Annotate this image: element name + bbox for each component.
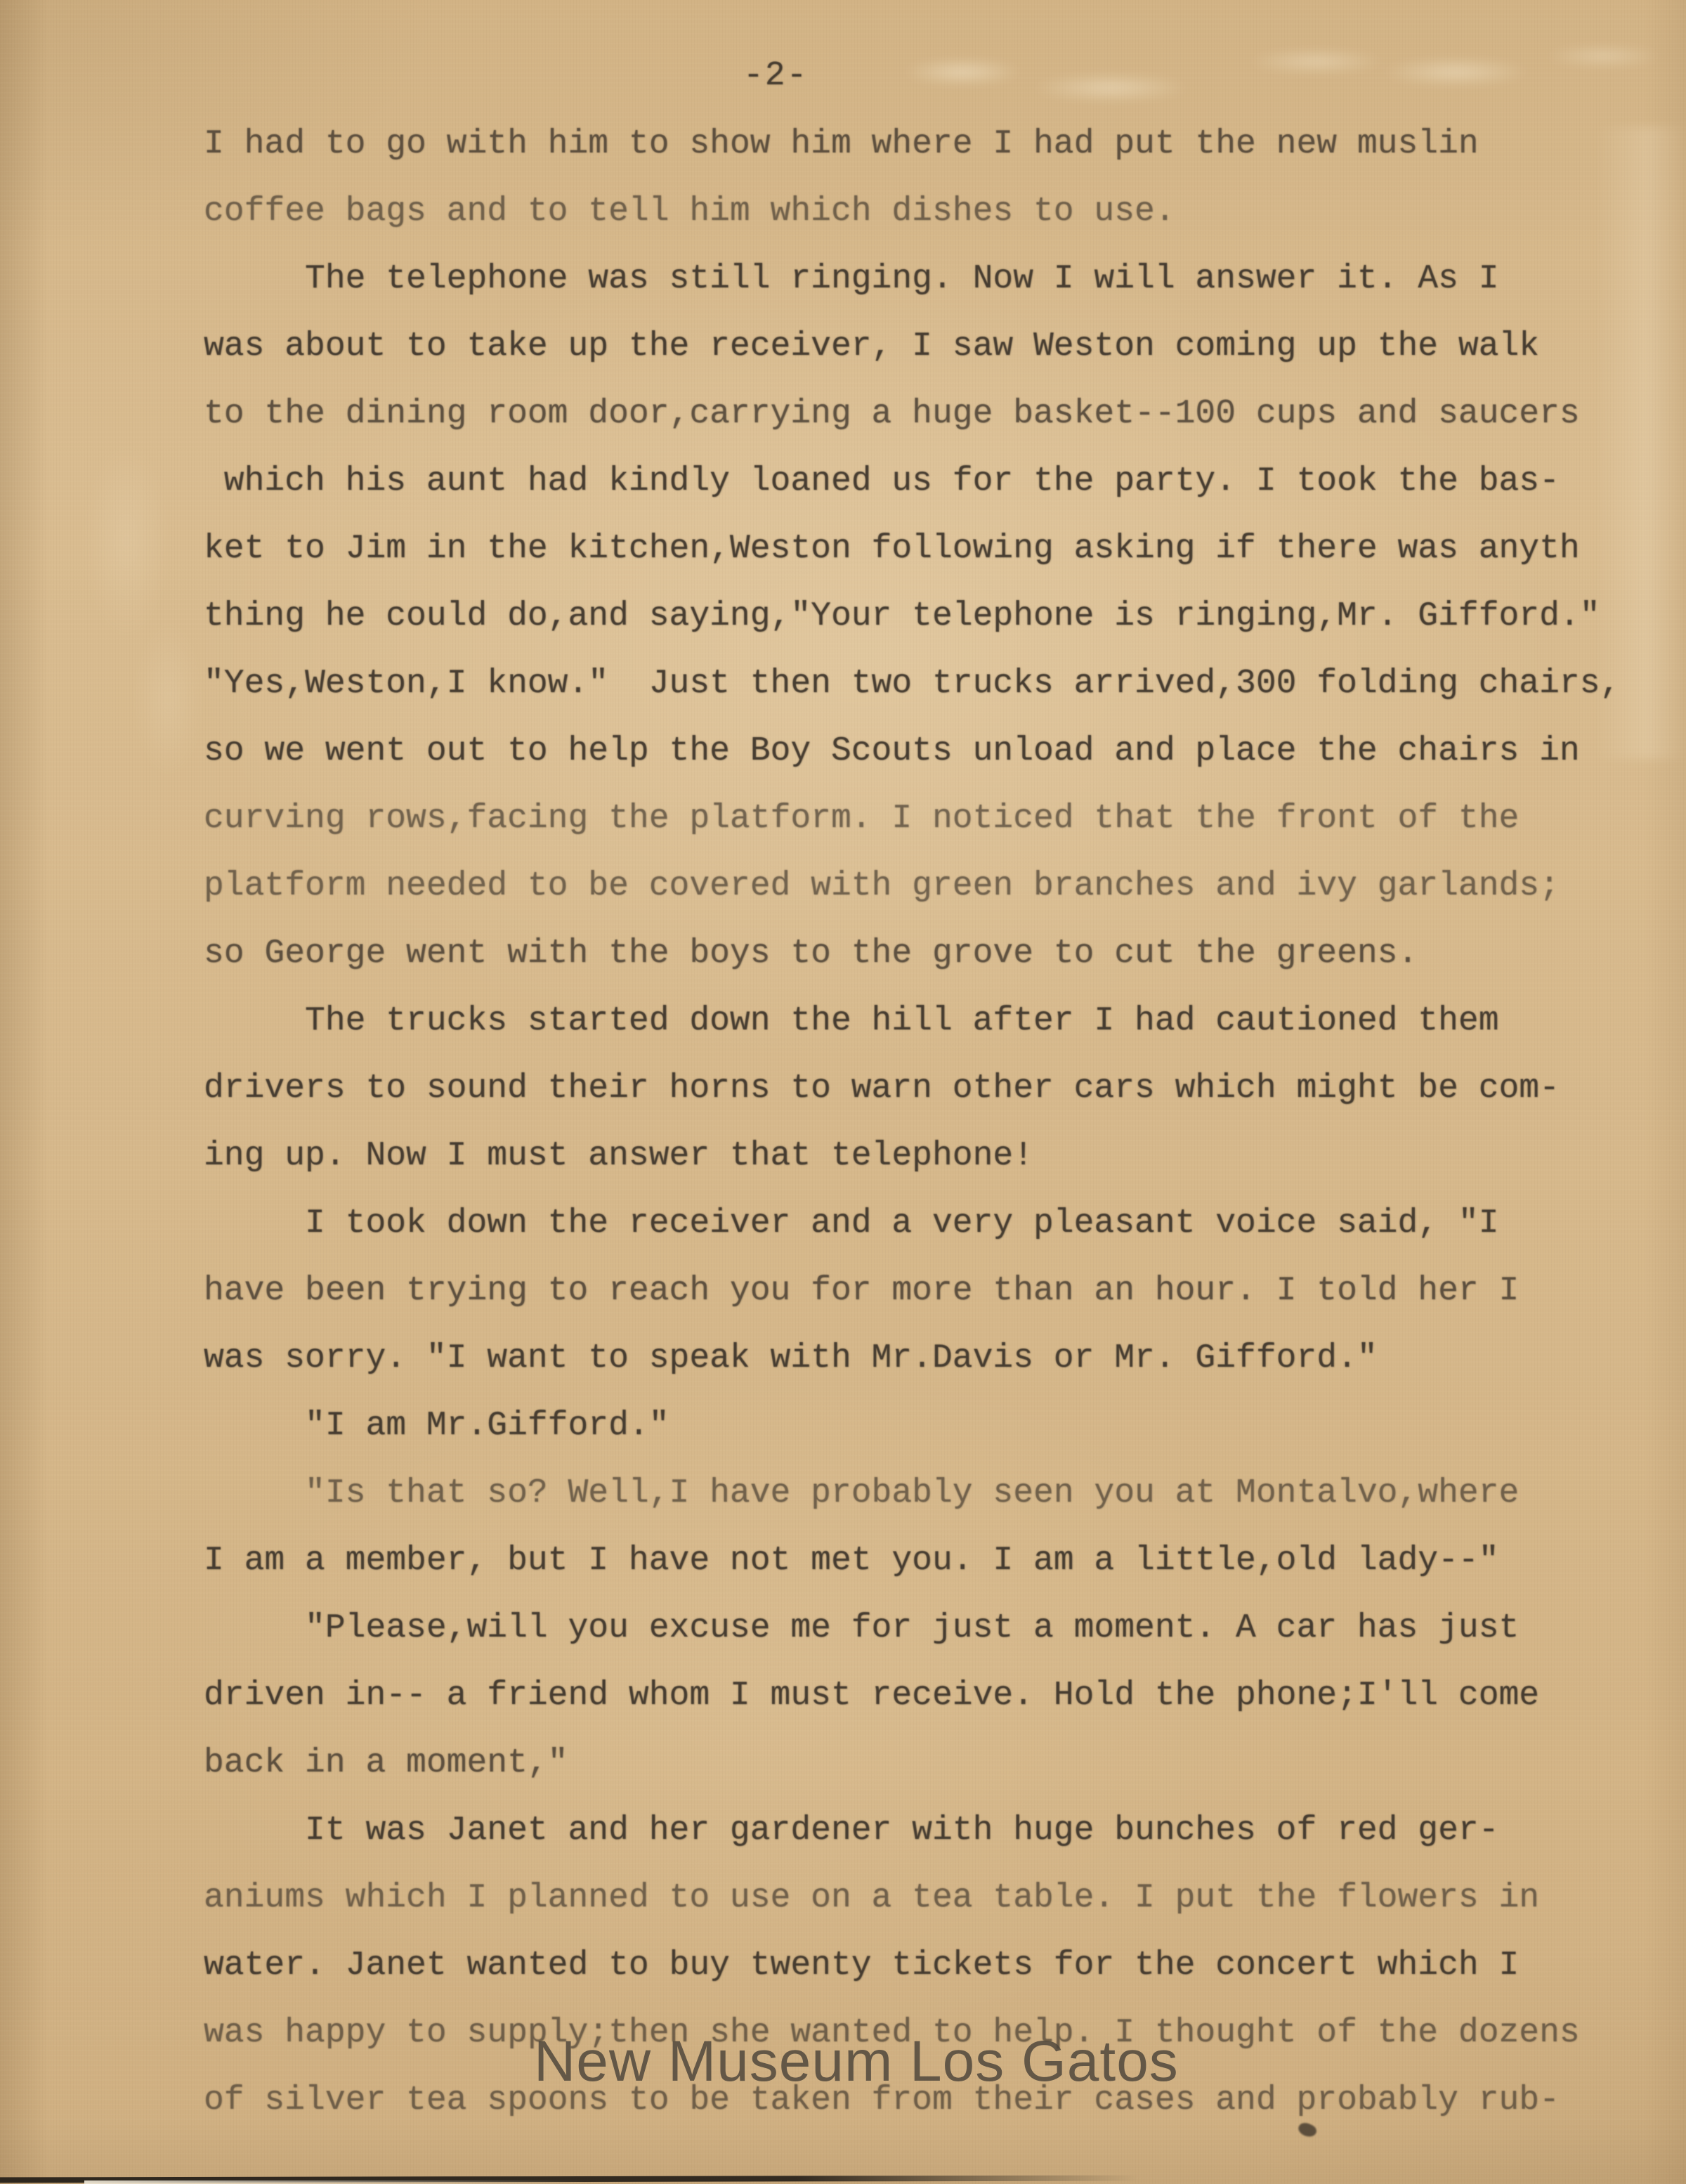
typewritten-line: have been trying to reach you for more t…	[204, 1257, 1686, 1325]
typewritten-line: ket to Jim in the kitchen,Weston followi…	[204, 515, 1686, 583]
page-number: -2-	[743, 55, 808, 97]
typewritten-line: driven in-- a friend whom I must receive…	[204, 1662, 1686, 1729]
typewritten-line: The telephone was still ringing. Now I w…	[204, 245, 1686, 313]
typewritten-line: "I am Mr.Gifford."	[204, 1392, 1686, 1460]
typewritten-line: which his aunt had kindly loaned us for …	[204, 448, 1686, 515]
typewritten-line: to the dining room door,carrying a huge …	[204, 380, 1686, 448]
museum-watermark: New Museum Los Gatos	[534, 2027, 1179, 2097]
typewritten-line: platform needed to be covered with green…	[204, 852, 1686, 920]
typewritten-line: "Yes,Weston,I know." Just then two truck…	[204, 650, 1686, 717]
typewritten-line: coffee bags and to tell him which dishes…	[204, 178, 1686, 245]
typewritten-text: I had to go with him to show him where I…	[204, 110, 1686, 2134]
typewritten-line: It was Janet and her gardener with huge …	[204, 1797, 1686, 1864]
typewritten-line: I had to go with him to show him where I…	[204, 110, 1686, 178]
typewritten-line: "Is that so? Well,I have probably seen y…	[204, 1460, 1686, 1527]
typewritten-line: The trucks started down the hill after I…	[204, 987, 1686, 1055]
scan-bottom-sliver	[84, 2180, 618, 2184]
typewritten-line: water. Janet wanted to buy twenty ticket…	[204, 1932, 1686, 1999]
typewritten-line: ing up. Now I must answer that telephone…	[204, 1122, 1686, 1190]
typewritten-line: "Please,will you excuse me for just a mo…	[204, 1594, 1686, 1662]
typewritten-line: was sorry. "I want to speak with Mr.Davi…	[204, 1325, 1686, 1392]
typewritten-line: so we went out to help the Boy Scouts un…	[204, 717, 1686, 785]
typewritten-line: drivers to sound their horns to warn oth…	[204, 1055, 1686, 1122]
typewritten-line: back in a moment,"	[204, 1729, 1686, 1797]
typewritten-line: I am a member, but I have not met you. I…	[204, 1527, 1686, 1594]
typewritten-line: so George went with the boys to the grov…	[204, 920, 1686, 987]
typewritten-line: I took down the receiver and a very plea…	[204, 1190, 1686, 1257]
typewritten-line: thing he could do,and saying,"Your telep…	[204, 583, 1686, 650]
typewritten-line: curving rows,facing the platform. I noti…	[204, 785, 1686, 852]
typewritten-line: aniums which I planned to use on a tea t…	[204, 1864, 1686, 1932]
document-page: -2- I had to go with him to show him whe…	[0, 0, 1686, 2184]
paper-crease	[864, 14, 1686, 119]
typewritten-line: was about to take up the receiver, I saw…	[204, 313, 1686, 380]
